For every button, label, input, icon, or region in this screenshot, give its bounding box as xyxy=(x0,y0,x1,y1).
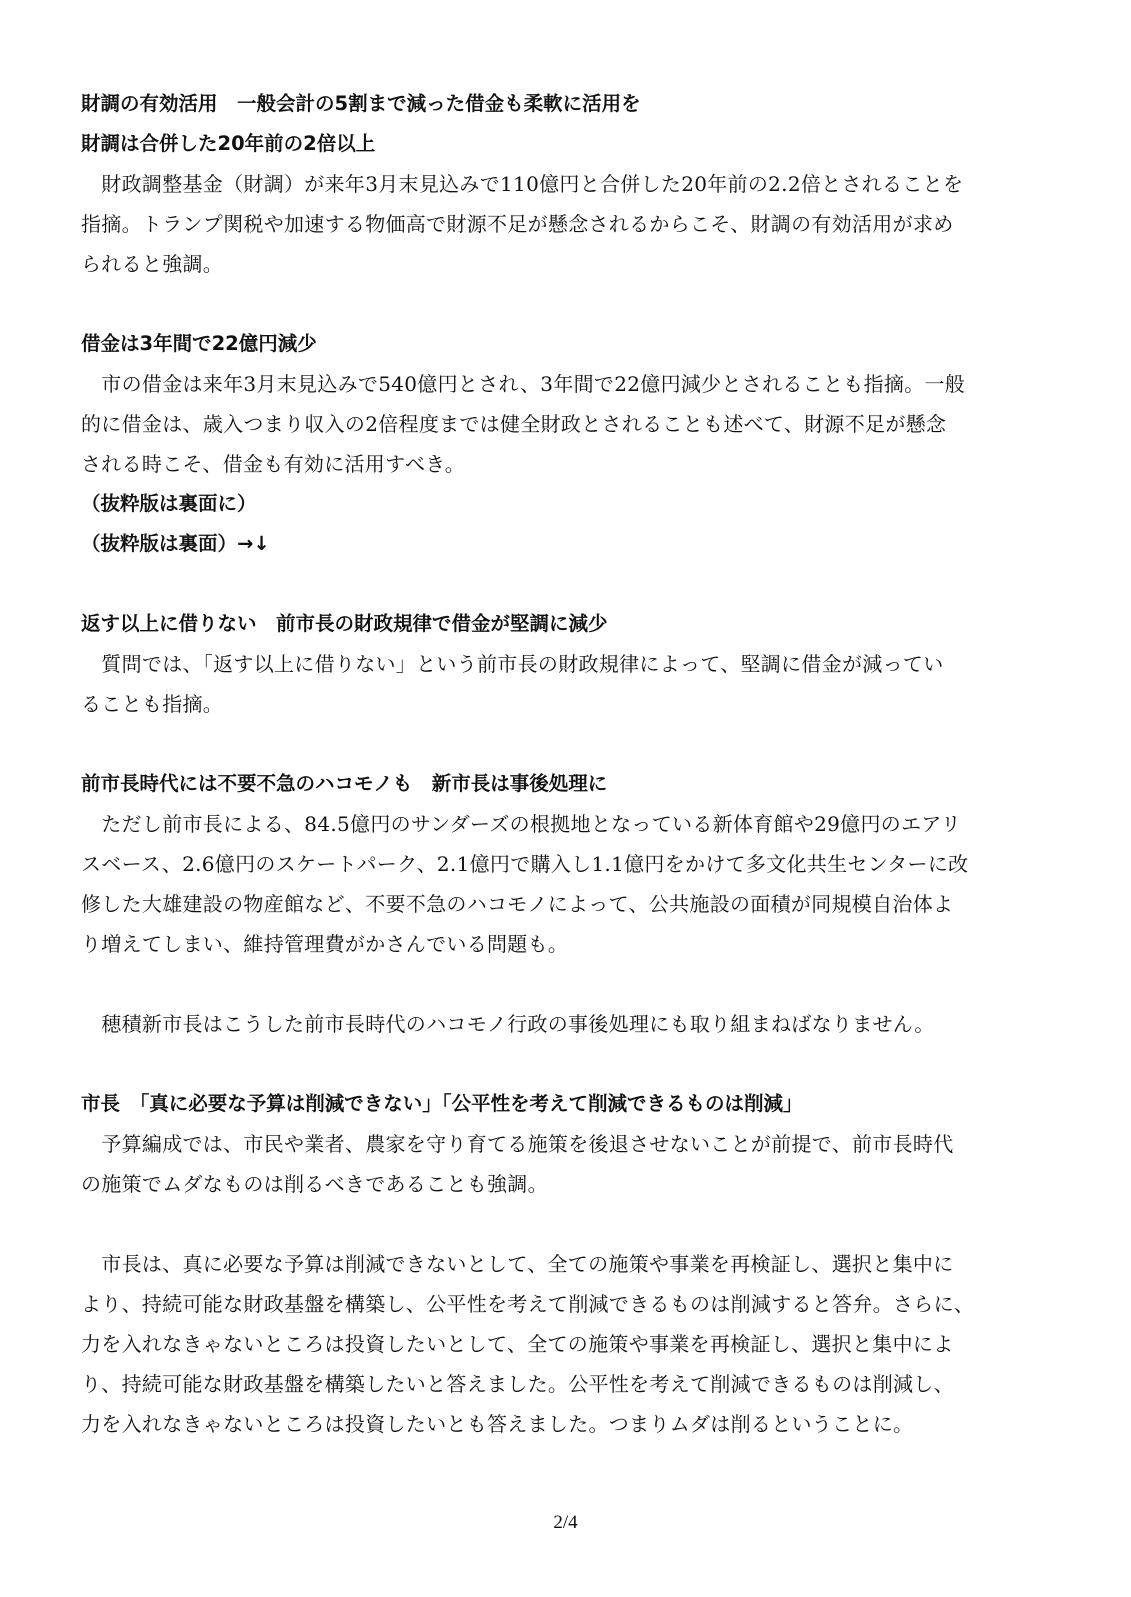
section-mayor-budget: 市長 「真に必要な予算は削減できない」「公平性を考えて削減できるものは削減」 予… xyxy=(81,1084,1041,1444)
spacer xyxy=(81,1044,1041,1084)
body-line: 市長は、真に必要な予算は削減できないとして、全ての施策や事業を再検証し、選択と集… xyxy=(81,1244,1041,1284)
body-line: される時こそ、借金も有効に活用すべき。 xyxy=(81,444,1041,484)
section-fiscal-discipline: 返す以上に借りない 前市長の財政規律で借金が堅調に減少 質問では、「返す以上に借… xyxy=(81,604,1041,724)
body-line: られると強調。 xyxy=(81,244,1041,284)
section-heading: 市長 「真に必要な予算は削減できない」「公平性を考えて削減できるものは削減」 xyxy=(81,1084,1041,1124)
section-heading: 返す以上に借りない 前市長の財政規律で借金が堅調に減少 xyxy=(81,604,1041,644)
body-line: 指摘。トランプ関税や加速する物価高で財源不足が懸念されるからこそ、財調の有効活用… xyxy=(81,204,1041,244)
excerpt-note-arrow: （抜粋版は裏面）→↓ xyxy=(81,524,1041,564)
body-line: 穂積新市長はこうした前市長時代のハコモノ行政の事後処理にも取り組まねばなりません… xyxy=(81,1004,1041,1044)
body-line: 財政調整基金（財調）が来年3月末見込みで110億円と合併した20年前の2.2倍と… xyxy=(81,164,1041,204)
section-subheading: 財調は合併した20年前の2倍以上 xyxy=(81,124,1041,164)
body-line: 力を入れなきゃないところは投資したいとも答えました。つまりムダは削るということに… xyxy=(81,1404,1041,1444)
body-line: り増えてしまい、維持管理費がかさんでいる問題も。 xyxy=(81,924,1041,964)
spacer xyxy=(81,1204,1041,1244)
spacer xyxy=(81,964,1041,1004)
body-line: ただし前市長による、84.5億円のサンダーズの根拠地となっている新体育館や29億… xyxy=(81,804,1041,844)
section-debt-reduction: 借金は3年間で22億円減少 市の借金は来年3月末見込みで540億円とされ、3年間… xyxy=(81,324,1041,564)
section-heading: 前市長時代には不要不急のハコモノも 新市長は事後処理に xyxy=(81,764,1041,804)
body-line: 修した大雄建設の物産館など、不要不急のハコモノによって、公共施設の面積が同規模自… xyxy=(81,884,1041,924)
spacer xyxy=(81,284,1041,324)
body-line: 力を入れなきゃないところは投資したいとして、全ての施策や事業を再検証し、選択と集… xyxy=(81,1324,1041,1364)
spacer xyxy=(81,724,1041,764)
section-heading: 財調の有効活用 一般会計の5割まで減った借金も柔軟に活用を xyxy=(81,84,1041,124)
body-line: り、持続可能な財政基盤を構築したいと答えました。公平性を考えて削減できるものは削… xyxy=(81,1364,1041,1404)
section-heading: 借金は3年間で22億円減少 xyxy=(81,324,1041,364)
body-line: の施策でムダなものは削るべきであることも強調。 xyxy=(81,1164,1041,1204)
body-line: 質問では、「返す以上に借りない」という前市長の財政規律によって、堅調に借金が減っ… xyxy=(81,644,1041,684)
document-page: 財調の有効活用 一般会計の5割まで減った借金も柔軟に活用を 財調は合併した20年… xyxy=(81,84,1041,1444)
page-number: 2/4 xyxy=(0,1512,1131,1534)
spacer xyxy=(81,564,1041,604)
body-line: 市の借金は来年3月末見込みで540億円とされ、3年間で22億円減少とされることも… xyxy=(81,364,1041,404)
body-line: ることも指摘。 xyxy=(81,684,1041,724)
section-fiscal-fund: 財調の有効活用 一般会計の5割まで減った借金も柔軟に活用を 財調は合併した20年… xyxy=(81,84,1041,284)
section-hakomono: 前市長時代には不要不急のハコモノも 新市長は事後処理に ただし前市長による、84… xyxy=(81,764,1041,1044)
excerpt-note: （抜粋版は裏面に） xyxy=(81,484,1041,524)
body-line: 予算編成では、市民や業者、農家を守り育てる施策を後退させないことが前提で、前市長… xyxy=(81,1124,1041,1164)
body-line: 的に借金は、歳入つまり収入の2倍程度までは健全財政とされることも述べて、財源不足… xyxy=(81,404,1041,444)
body-line: スベース、2.6億円のスケートパーク、2.1億円で購入し1.1億円をかけて多文化… xyxy=(81,844,1041,884)
body-line: より、持続可能な財政基盤を構築し、公平性を考えて削減できるものは削減すると答弁。… xyxy=(81,1284,1041,1324)
